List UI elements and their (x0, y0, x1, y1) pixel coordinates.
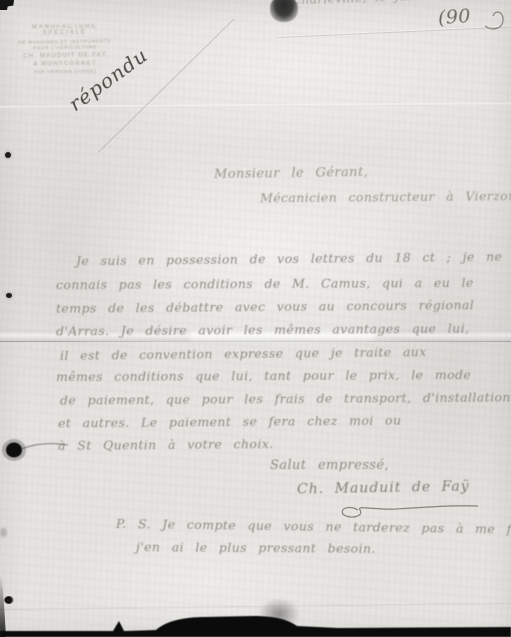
ink-blot (2, 436, 72, 464)
body-line: connais pas les conditions de M. Camus, … (56, 275, 474, 292)
body-line: temps de les débattre avec vous au conco… (56, 297, 474, 316)
letterhead-line: CH. MAUDUIT DE FAŸ (10, 52, 120, 60)
closing-line: Salut empressé, (270, 458, 389, 473)
letterhead-line: DE MACHINES ET INSTRUMENTS POUR L'AGRICU… (10, 38, 120, 51)
body-line: de paiement, que pour les frais de trans… (60, 389, 511, 407)
signature: Ch. Mauduit de Faÿ (297, 478, 470, 497)
body-line: à St Quentin à votre choix. (58, 436, 274, 453)
ink-dot (5, 152, 11, 158)
scan-edge-bottom (0, 600, 511, 637)
body-line: Je suis en possession de vos lettres du … (76, 249, 502, 268)
salutation-line: Mécanicien constructeur à Vierzon (Cher) (260, 188, 511, 206)
letterhead-line: MANUFACTURE SPÉCIALE (10, 23, 120, 37)
page-number-flourish (482, 4, 510, 32)
postscript-line: j'en ai le plus pressant besoin. (136, 539, 376, 556)
fold-crease (0, 341, 511, 342)
ink-dot (6, 293, 12, 298)
torn-corner-mark (0, 0, 14, 10)
body-line: mêmes conditions que lui, tant pour le p… (56, 367, 471, 384)
dateline: Charleville, le juin (292, 0, 420, 7)
salutation-line: Monsieur le Gérant, (214, 165, 368, 182)
body-line: il est de convention expresse que je tra… (60, 344, 427, 363)
body-line: d'Arras. Je désire avoir les mêmes avant… (56, 321, 469, 339)
margin-smudge (0, 528, 7, 537)
page-number: (90 (437, 5, 471, 29)
fold-crease (278, 26, 511, 38)
body-line: et autres. Le paiement se fera chez moi … (58, 413, 402, 431)
scanned-letter-page: MANUFACTURE SPÉCIALE DE MACHINES ET INST… (0, 0, 511, 637)
